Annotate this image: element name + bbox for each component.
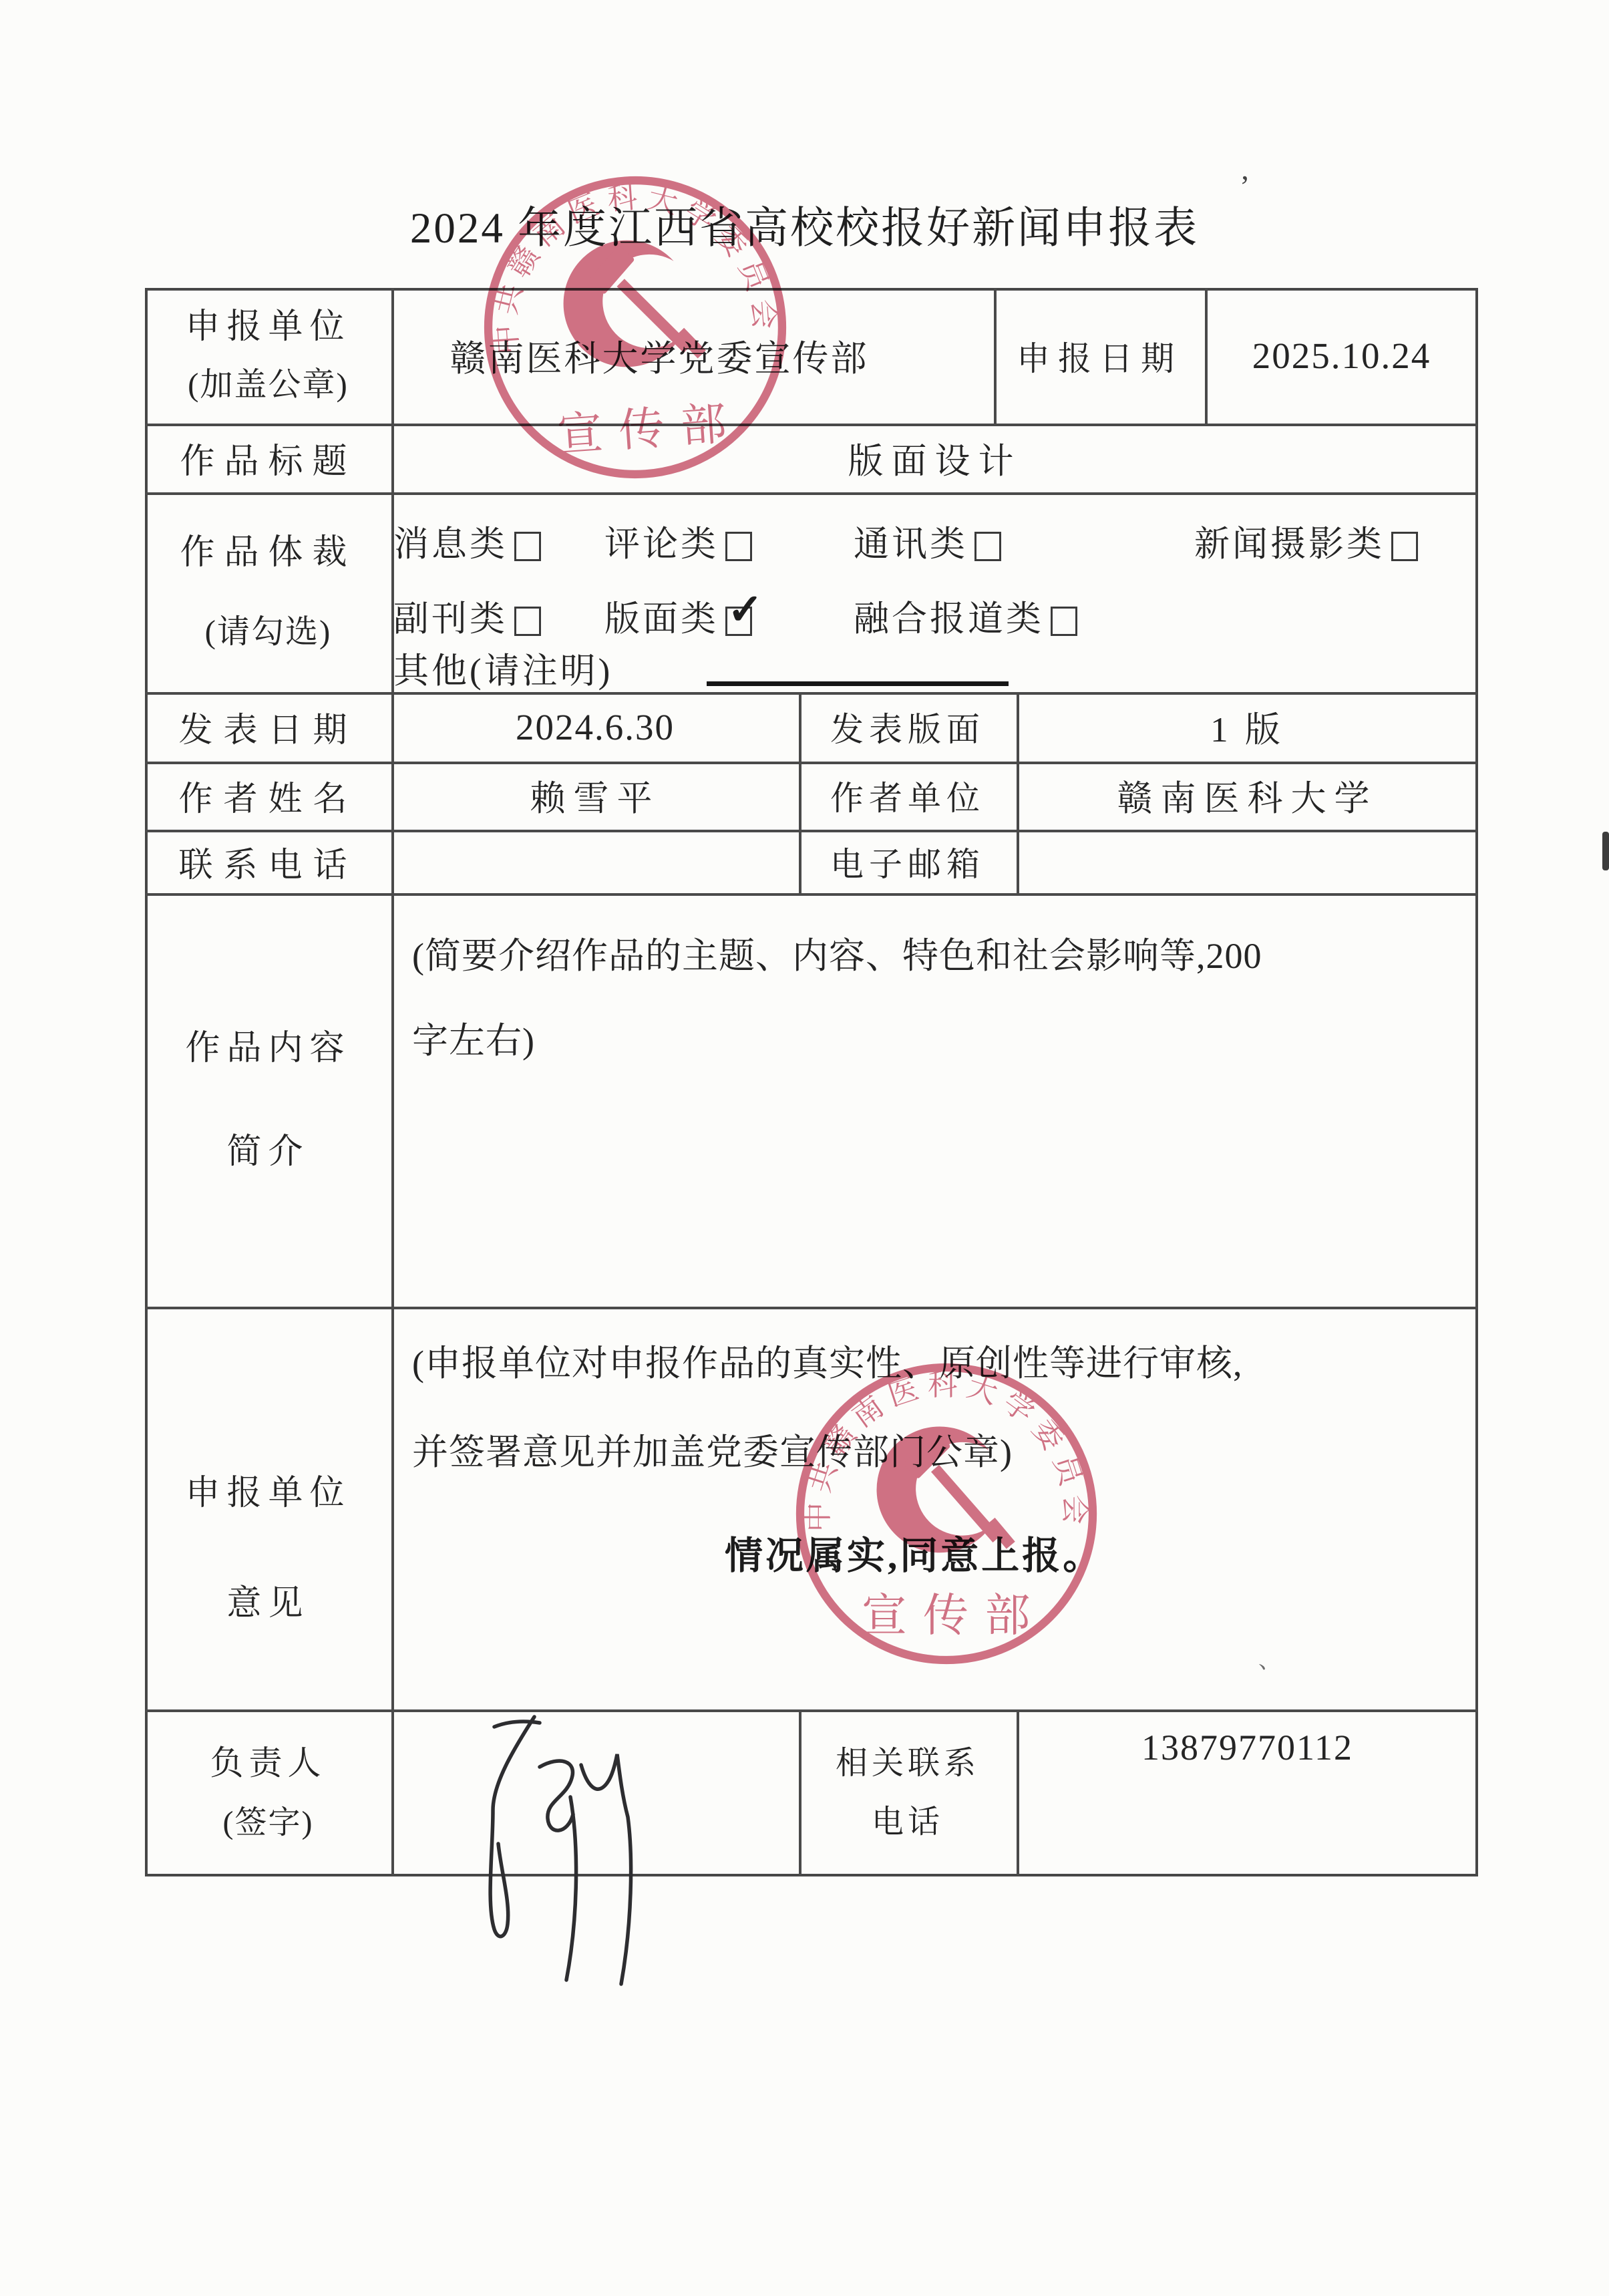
genre-other-label: 其他(请注明) — [393, 643, 612, 693]
genre-option-communication: 通讯类 — [854, 516, 1001, 566]
genre-option-photo: 新闻摄影类 — [1194, 516, 1418, 566]
author-unit-label: 作者单位 — [799, 762, 1017, 830]
checkbox — [1051, 607, 1077, 636]
scanned-application-form: 2024 年度江西省高校校报好新闻申报表 ’ 申报单位 (加盖公章) 赣南医科大… — [0, 0, 1609, 2296]
apply-date-value: 2025.10.24 — [1205, 288, 1478, 424]
scan-edge-smudge — [1602, 832, 1609, 870]
apply-date-label: 申报日期 — [994, 288, 1205, 424]
email-value — [1017, 830, 1478, 893]
signature — [427, 1700, 655, 2001]
responsible-label: 负责人 (签字) — [145, 1709, 391, 1876]
genre-option-layout: 版面类✓ — [604, 591, 752, 641]
contact-phone-label: 联系电话 — [145, 830, 391, 893]
hammer-sickle-icon — [877, 1426, 1011, 1552]
work-title-label: 作品标题 — [145, 424, 391, 492]
stamp-bottom-text: 宣传部 — [862, 1591, 1047, 1641]
checkbox — [974, 532, 1001, 561]
genre-option-news: 消息类 — [393, 516, 541, 566]
opinion-label: 申报单位 意见 — [145, 1307, 391, 1709]
other-fill-line — [707, 681, 1009, 686]
title-tick-mark: ’ — [1240, 168, 1250, 204]
genre-option-converged: 融合报道类 — [854, 591, 1077, 641]
checkbox — [1391, 532, 1418, 561]
summary-hint-line2: 字左右) — [412, 1012, 535, 1063]
genre-option-supplement: 副刊类 — [393, 591, 541, 641]
publish-date-value: 2024.6.30 — [391, 692, 799, 762]
checkbox — [725, 532, 752, 561]
summary-label: 作品内容 简介 — [145, 893, 391, 1307]
contact-phone-value — [391, 830, 799, 893]
genre-option-comment: 评论类 — [604, 516, 752, 566]
official-stamp-top: 中共赣南医科大学委员会 宣传部 — [465, 158, 806, 496]
related-phone-label: 相关联系 电话 — [799, 1709, 1017, 1876]
summary-hint-line1: (简要介绍作品的主题、内容、特色和社会影响等,200 — [412, 927, 1262, 979]
page-title: 2024 年度江西省高校校报好新闻申报表 — [0, 192, 1609, 255]
publish-page-value: 1 版 — [1017, 692, 1478, 762]
publish-page-label: 发表版面 — [799, 692, 1017, 762]
checkbox-checked: ✓ — [725, 607, 752, 636]
author-name-value: 赖雪平 — [391, 762, 799, 830]
applicant-label: 申报单位 (加盖公章) — [145, 288, 391, 424]
genre-label: 作品体裁 (请勾选) — [145, 492, 391, 692]
checkbox — [514, 607, 541, 636]
publish-date-label: 发表日期 — [145, 692, 391, 762]
email-label: 电子邮箱 — [799, 830, 1017, 893]
hammer-sickle-icon — [559, 235, 702, 371]
author-unit-value: 赣南医科大学 — [1017, 762, 1478, 830]
checkbox — [514, 532, 541, 561]
related-phone-value: 13879770112 — [1017, 1709, 1478, 1876]
author-name-label: 作者姓名 — [145, 762, 391, 830]
official-stamp-opinion: 中共赣南医科大学委员会 宣传部 — [768, 1356, 1125, 1671]
scan-dot-mark: 、 — [1258, 1642, 1281, 1675]
